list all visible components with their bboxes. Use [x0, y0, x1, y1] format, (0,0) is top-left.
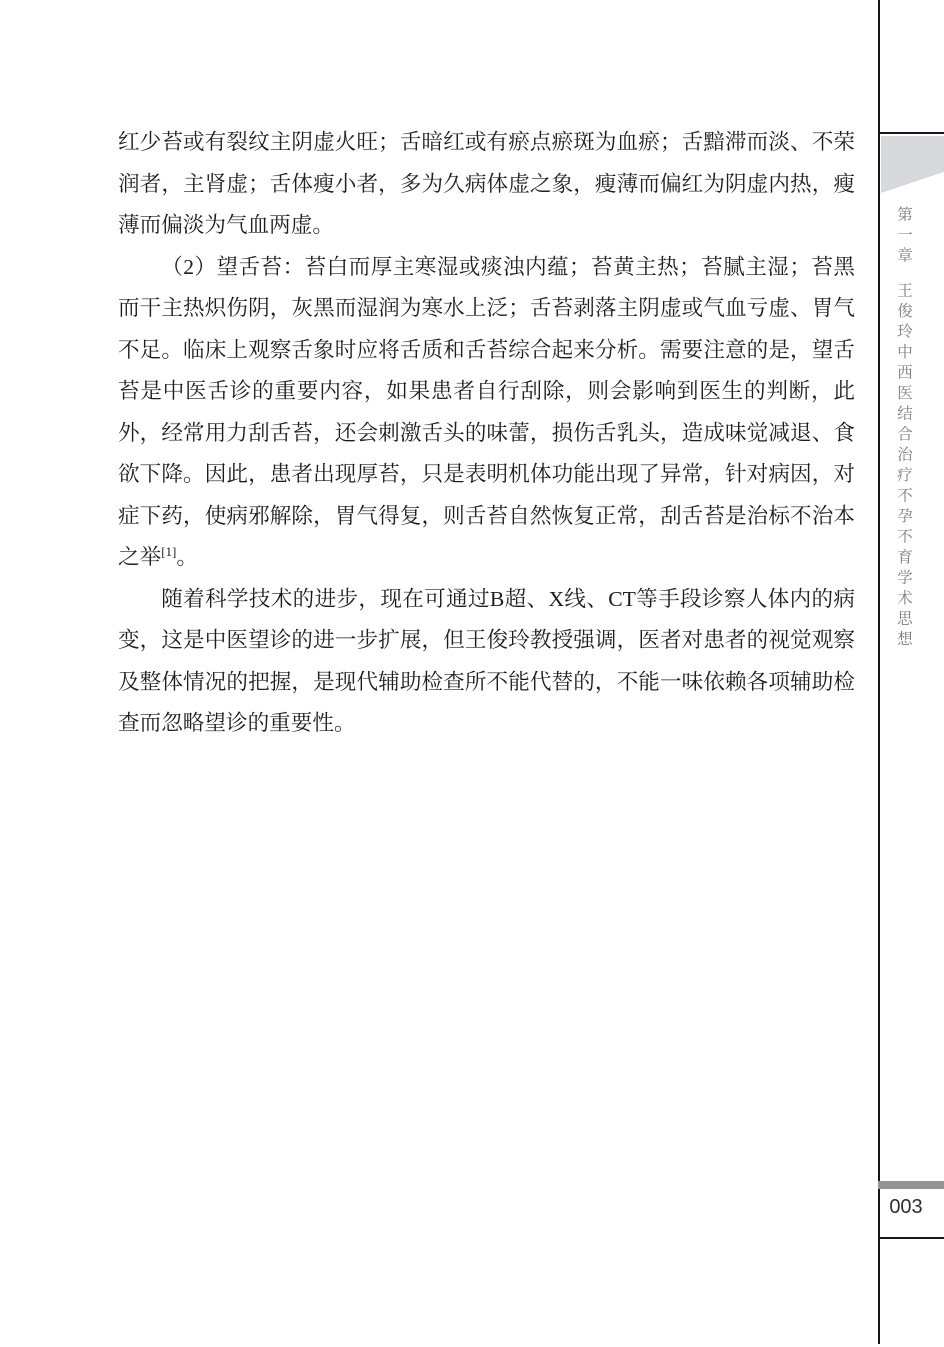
page-body-text: 红少苔或有裂纹主阴虚火旺；舌暗红或有瘀点瘀斑为血瘀；舌黯滞而淡、不荣润者，主肾虚… [118, 122, 855, 745]
footnote-reference: [1] [161, 544, 176, 559]
page-number-bar [878, 1181, 944, 1189]
chapter-tab-shape [881, 136, 944, 193]
sidebar-top-rule [879, 132, 944, 134]
page-number: 003 [878, 1196, 934, 1219]
paragraph-text: 红少苔或有裂纹主阴虚火旺；舌暗红或有瘀点瘀斑为血瘀；舌黯滞而淡、不荣润者，主肾虚… [118, 130, 855, 237]
paragraph-text: （2）望舌苔：苔白而厚主寒湿或痰浊内蕴；苔黄主热；苔腻主湿；苔黑而干主热炽伤阴，… [118, 255, 855, 570]
paragraph-text: 随着科学技术的进步，现在可通过B超、X线、CT等手段诊察人体内的病变，这是中医望… [118, 587, 855, 736]
chapter-title-label: 王俊玲中西医结合治疗不孕不育学术思想 [895, 282, 912, 651]
sidebar-vertical-rule [878, 0, 880, 1344]
paragraph-modern-technology: 随着科学技术的进步，现在可通过B超、X线、CT等手段诊察人体内的病变，这是中医望… [118, 579, 855, 745]
paragraph-tongue-coating: （2）望舌苔：苔白而厚主寒湿或痰浊内蕴；苔黄主热；苔腻主湿；苔黑而干主热炽伤阴，… [118, 247, 855, 579]
page-number-bottom-rule [879, 1237, 944, 1239]
chapter-heading-vertical: 第一章王俊玲中西医结合治疗不孕不育学术思想 [892, 206, 914, 666]
chapter-number-label: 第一章 [895, 206, 912, 268]
book-page: 红少苔或有裂纹主阴虚火旺；舌暗红或有瘀点瘀斑为血瘀；舌黯滞而淡、不荣润者，主肾虚… [0, 0, 944, 1347]
paragraph-text-after-footnote: 。 [176, 545, 198, 569]
paragraph-tongue-body: 红少苔或有裂纹主阴虚火旺；舌暗红或有瘀点瘀斑为血瘀；舌黯滞而淡、不荣润者，主肾虚… [118, 122, 855, 247]
